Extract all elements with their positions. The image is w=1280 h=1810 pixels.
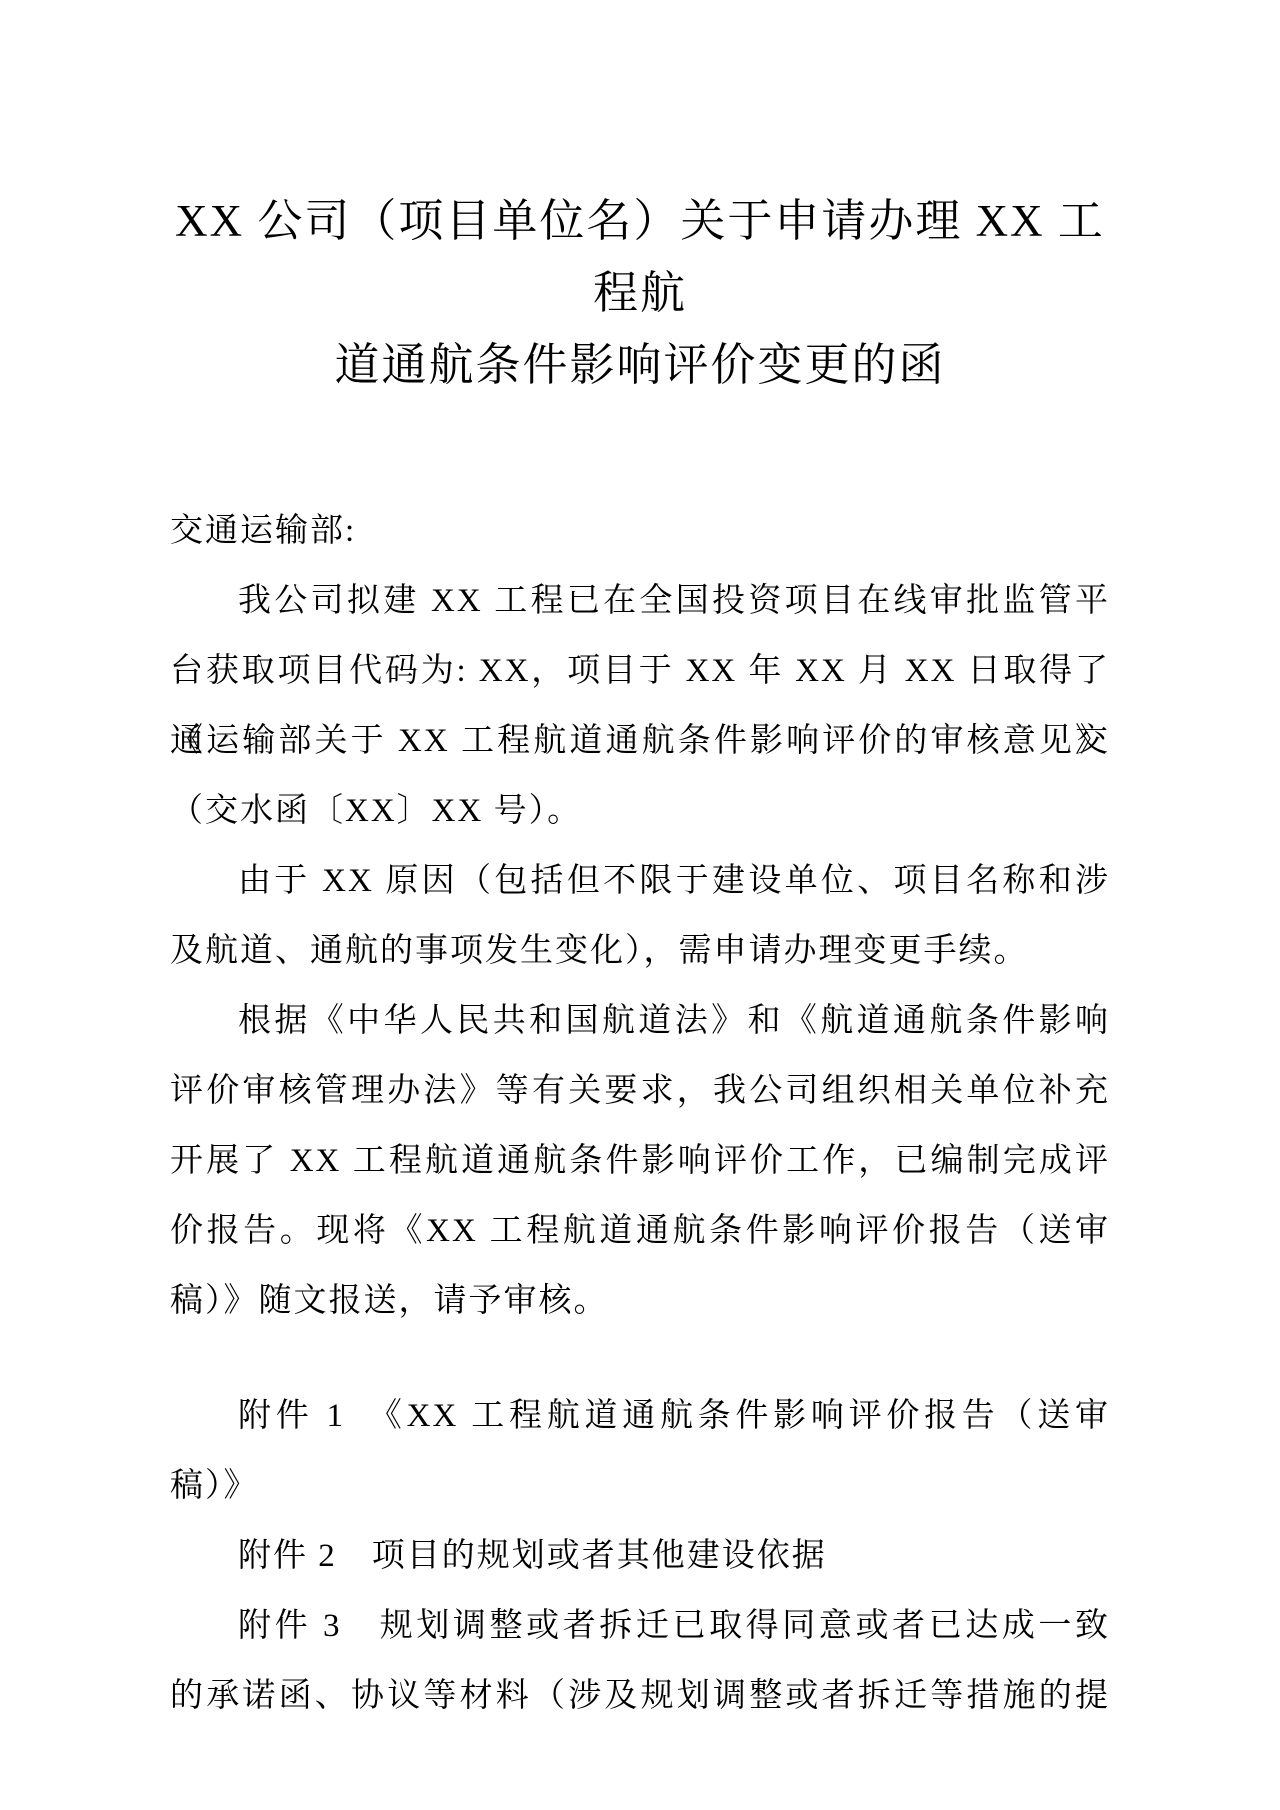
attachment-line: 附件 3 规划调整或者拆迁已取得同意或者已达成一致 — [170, 1591, 1110, 1661]
body-line: 通运输部关于 XX 工程航道通航条件影响评价的审核意见》 — [170, 706, 1110, 776]
body-line: 由于 XX 原因（包括但不限于建设单位、项目名称和涉 — [170, 846, 1110, 916]
body-line: 根据《中华人民共和国航道法》和《航道通航条件影响 — [170, 986, 1110, 1056]
attachment-line: 稿）》 — [170, 1451, 1110, 1521]
attachment-line: 附件 1 《XX 工程航道通航条件影响评价报告（送审 — [170, 1381, 1110, 1451]
body-line: （交水函〔XX〕XX 号）。 — [170, 776, 1110, 846]
body-line: 我公司拟建 XX 工程已在全国投资项目在线审批监管平 — [170, 566, 1110, 636]
body-line: 价报告。现将《XX 工程航道通航条件影响评价报告（送审 — [170, 1196, 1110, 1266]
body-line: 开展了 XX 工程航道通航条件影响评价工作，已编制完成评 — [170, 1126, 1110, 1196]
document-page: XX 公司（项目单位名）关于申请办理 XX 工程航 道通航条件影响评价变更的函 … — [0, 0, 1280, 1810]
attachment-line: 的承诺函、协议等材料（涉及规划调整或者拆迁等措施的提 — [170, 1661, 1110, 1731]
attachment-line: 附件 2 项目的规划或者其他建设依据 — [170, 1521, 1110, 1591]
document-body: 交通运输部: 我公司拟建 XX 工程已在全国投资项目在线审批监管平 台获取项目代… — [170, 496, 1110, 1731]
body-line: 评价审核管理办法》等有关要求，我公司组织相关单位补充 — [170, 1056, 1110, 1126]
document-title: XX 公司（项目单位名）关于申请办理 XX 工程航 道通航条件影响评价变更的函 — [170, 185, 1110, 401]
body-line: 稿）》随文报送，请予审核。 — [170, 1266, 1110, 1336]
document-title-line-1: XX 公司（项目单位名）关于申请办理 XX 工程航 — [170, 185, 1110, 329]
document-content: XX 公司（项目单位名）关于申请办理 XX 工程航 道通航条件影响评价变更的函 … — [170, 0, 1110, 1731]
document-title-line-2: 道通航条件影响评价变更的函 — [170, 329, 1110, 401]
salutation: 交通运输部: — [170, 496, 1110, 566]
body-line: 及航道、通航的事项发生变化），需申请办理变更手续。 — [170, 916, 1110, 986]
body-line: 台获取项目代码为: XX，项目于 XX 年 XX 月 XX 日取得了《交 — [170, 636, 1110, 706]
paragraph-gap — [170, 1336, 1110, 1381]
